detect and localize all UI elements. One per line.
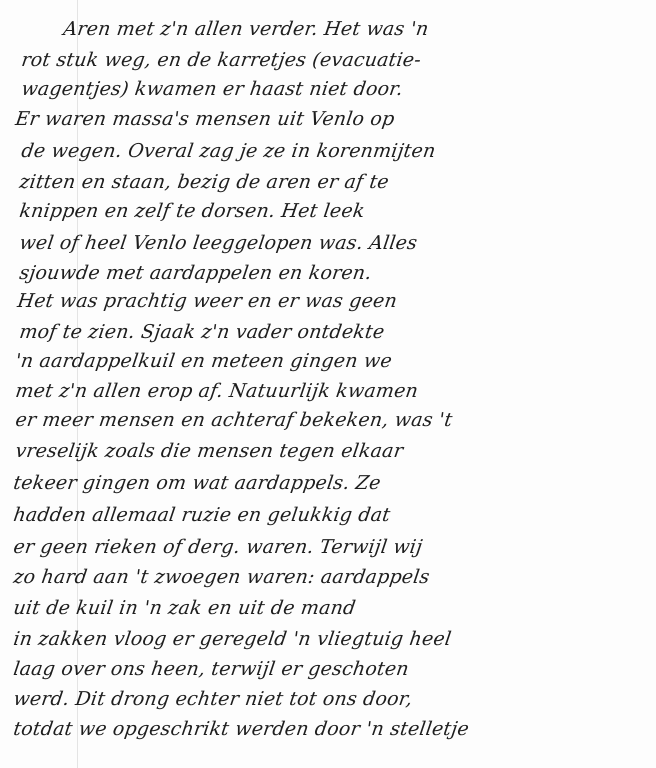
text-line: wagentjes) kwamen er haast niet door. — [20, 78, 404, 100]
text-line: hadden allemaal ruzie en gelukkig dat — [12, 504, 392, 526]
text-line: zitten en staan, bezig de aren er af te — [18, 171, 390, 193]
text-line: totdat we opgeschrikt werden door 'n ste… — [12, 718, 470, 740]
text-line: de wegen. Overal zag je ze in korenmijte… — [20, 140, 437, 162]
text-line: knippen en zelf te dorsen. Het leek — [18, 200, 366, 222]
text-line: er meer mensen en achteraf bekeken, was … — [14, 409, 454, 431]
text-line: tekeer gingen om wat aardappels. Ze — [12, 472, 382, 494]
text-line: sjouwde met aardappelen en koren. — [18, 262, 373, 284]
text-line: Er waren massa's mensen uit Venlo op — [14, 108, 396, 130]
text-line: rot stuk weg, en de karretjes (evacuatie… — [20, 49, 422, 71]
text-line: zo hard aan 't zwoegen waren: aardappels — [12, 566, 431, 588]
text-line: uit de kuil in 'n zak en uit de mand — [12, 597, 357, 619]
text-line: werd. Dit drong echter niet tot ons door… — [12, 688, 414, 710]
handwritten-page: Aren met z'n allen verder. Het was 'n ro… — [0, 0, 656, 768]
text-line: in zakken vloog er geregeld 'n vliegtuig… — [12, 628, 453, 650]
text-line: laag over ons heen, terwijl er geschoten — [12, 658, 410, 680]
text-line: wel of heel Venlo leeggelopen was. Alles — [18, 232, 419, 254]
text-line: mof te zien. Sjaak z'n vader ontdekte — [18, 321, 386, 343]
text-line: 'n aardappelkuil en meteen gingen we — [14, 350, 393, 372]
text-line: met z'n allen erop af. Natuurlijk kwamen — [14, 380, 420, 402]
text-line: vreselijk zoals die mensen tegen elkaar — [14, 440, 405, 462]
text-line: er geen rieken of derg. waren. Terwijl w… — [12, 536, 424, 558]
text-line: Het was prachtig weer en er was geen — [16, 290, 399, 312]
text-line: Aren met z'n allen verder. Het was 'n — [62, 18, 430, 40]
